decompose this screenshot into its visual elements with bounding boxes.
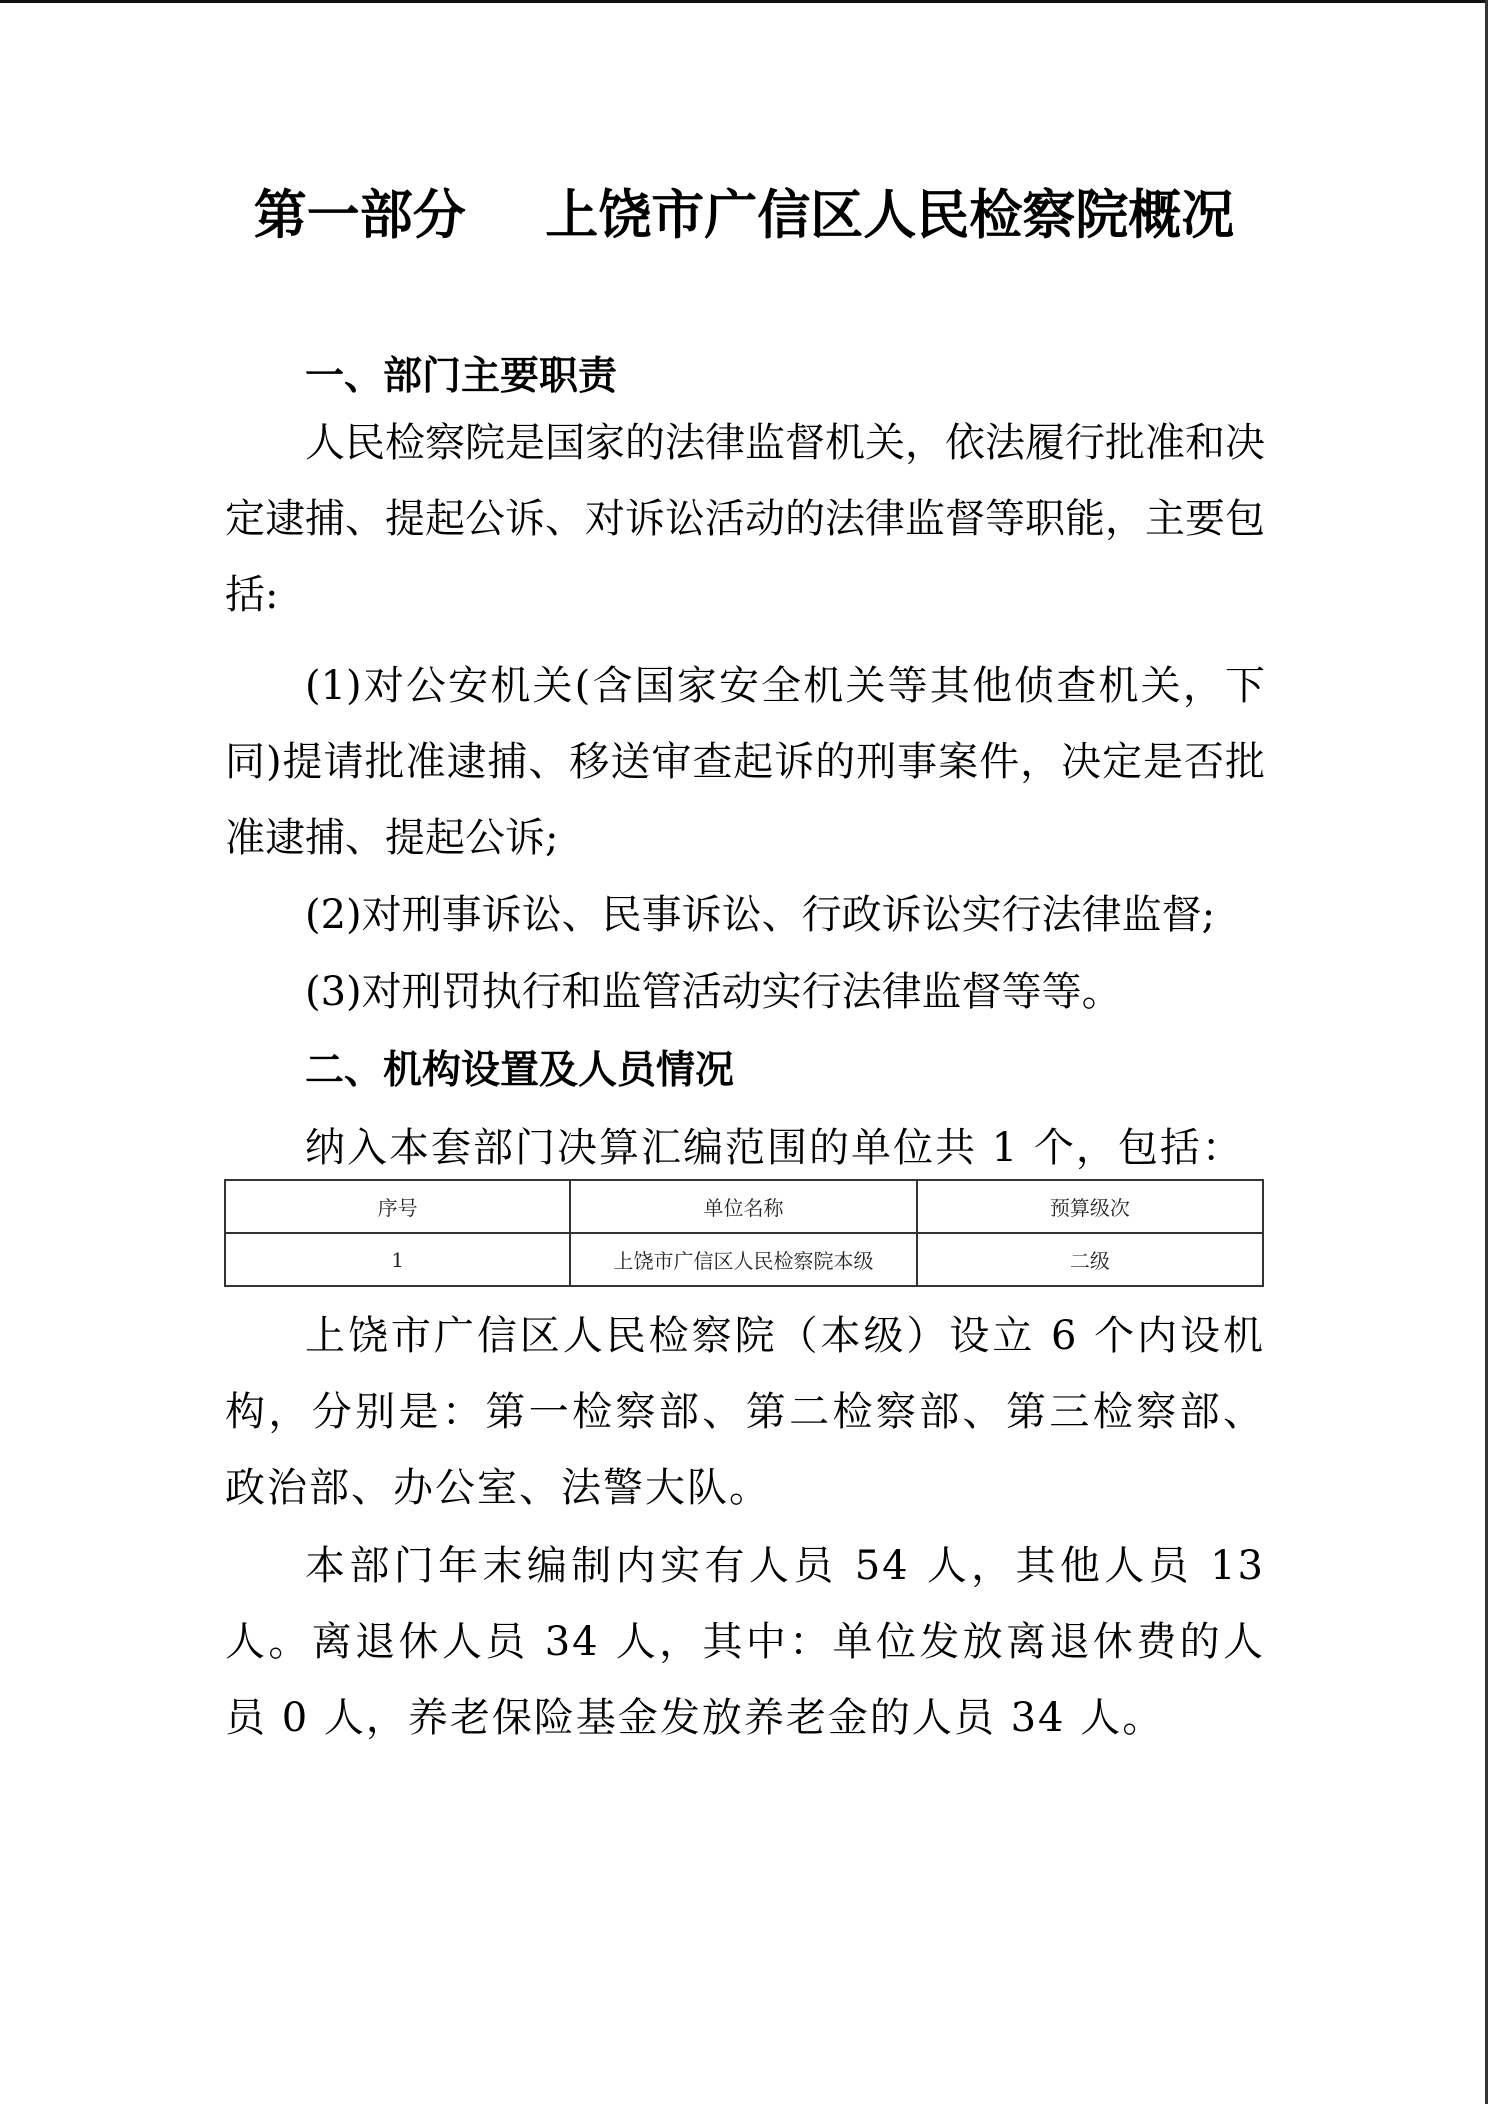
table-cell-unit-name: 上饶市广信区人民检察院本级 xyxy=(570,1233,916,1286)
section-duties-body: 人民检察院是国家的法律监督机关，依法履行批准和决定逮捕、提起公诉、对诉讼活动的法… xyxy=(225,405,1265,633)
duty-item-1: (1)对公安机关(含国家安全机关等其他侦查机关，下同)提请批准逮捕、移送审查起诉… xyxy=(225,648,1265,876)
table-header-unit-name: 单位名称 xyxy=(570,1180,916,1233)
title-part: 第一部分 xyxy=(254,185,466,246)
table-cell-budget-level: 二级 xyxy=(917,1233,1263,1286)
duty-item-3: (3)对刑罚执行和监管活动实行法律监督等等。 xyxy=(225,954,1265,1030)
org-intro: 纳入本套部门决算汇编范围的单位共 1 个，包括： xyxy=(225,1110,1265,1186)
title-name: 上饶市广信区人民检察院概况 xyxy=(545,185,1234,246)
duty-item-2: (2)对刑事诉讼、民事诉讼、行政诉讼实行法律监督; xyxy=(225,877,1265,953)
table-header-row: 序号 单位名称 预算级次 xyxy=(225,1180,1263,1233)
org-paragraphs: 上饶市广信区人民检察院（本级）设立 6 个内设机构，分别是：第一检察部、第二检察… xyxy=(225,1298,1265,1756)
table-header-index: 序号 xyxy=(225,1180,570,1233)
table-row: 1 上饶市广信区人民检察院本级 二级 xyxy=(225,1233,1263,1286)
org-intro-block: 纳入本套部门决算汇编范围的单位共 1 个，包括： xyxy=(225,1110,1265,1186)
org-structure-paragraph: 上饶市广信区人民检察院（本级）设立 6 个内设机构，分别是：第一检察部、第二检察… xyxy=(225,1298,1265,1526)
staffing-paragraph: 本部门年末编制内实有人员 54 人，其他人员 13 人。离退休人员 34 人，其… xyxy=(225,1528,1265,1756)
duties-list: (1)对公安机关(含国家安全机关等其他侦查机关，下同)提请批准逮捕、移送审查起诉… xyxy=(225,648,1265,1030)
page-top-border xyxy=(0,0,1488,3)
page-title: 第一部分 上饶市广信区人民检察院概况 xyxy=(0,180,1488,252)
section-heading-org: 二、机构设置及人员情况 xyxy=(305,1046,734,1096)
duties-intro: 人民检察院是国家的法律监督机关，依法履行批准和决定逮捕、提起公诉、对诉讼活动的法… xyxy=(225,405,1265,633)
table-cell-index: 1 xyxy=(225,1233,570,1286)
units-table: 序号 单位名称 预算级次 1 上饶市广信区人民检察院本级 二级 xyxy=(224,1179,1264,1287)
table-header-budget-level: 预算级次 xyxy=(917,1180,1263,1233)
section-heading-duties: 一、部门主要职责 xyxy=(305,352,617,402)
